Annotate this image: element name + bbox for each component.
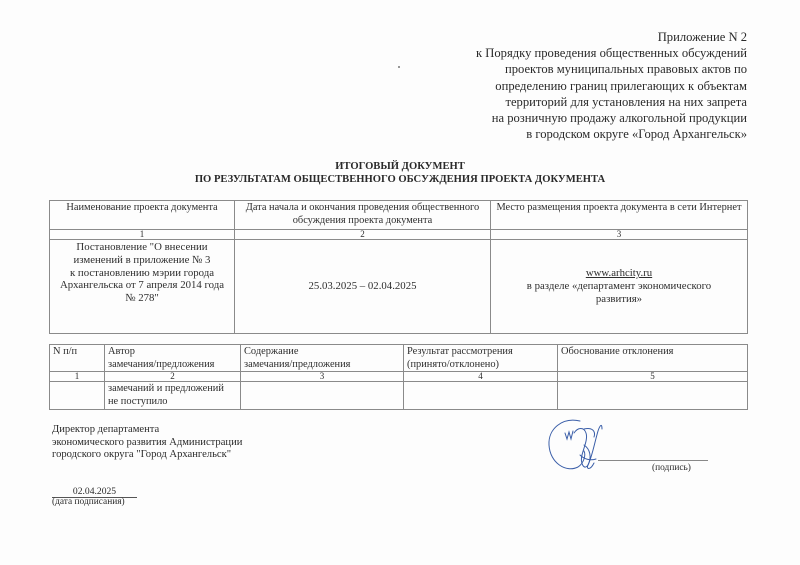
header-line: N п/п (53, 346, 101, 359)
result-cell (404, 382, 558, 410)
document-title: ИТОГОВЫЙ ДОКУМЕНТ ПО РЕЗУЛЬТАТАМ ОБЩЕСТВ… (0, 160, 800, 186)
project-name-line: № 278" (53, 292, 231, 305)
project-name-line: изменений в приложение № 3 (53, 254, 231, 267)
appendix-line: проектов муниципальных правовых актов по (387, 61, 747, 77)
section-line: в разделе «департамент экономического (494, 280, 744, 293)
comments-table: N п/п Автор замечания/предложения Содерж… (49, 344, 748, 410)
title-line-2: ПО РЕЗУЛЬТАТАМ ОБЩЕСТВЕННОГО ОБСУЖДЕНИЯ … (0, 173, 800, 186)
header-discussion-dates: Дата начала и окончания проведения общес… (235, 201, 491, 230)
header-author: Автор замечания/предложения (105, 345, 241, 372)
appendix-line: к Порядку проведения общественных обсужд… (387, 45, 747, 61)
signatory-line: городского округа "Город Архангельск" (52, 449, 242, 462)
column-number: 1 (50, 230, 235, 240)
header-project-name: Наименование проекта документа (50, 201, 235, 230)
column-number: 1 (50, 372, 105, 382)
discussion-dates-cell: 25.03.2025 – 02.04.2025 (235, 240, 491, 334)
internet-location-cell: www.arhcity.ru в разделе «департамент эк… (491, 240, 748, 334)
row-number-cell (50, 382, 105, 410)
column-number: 5 (558, 372, 748, 382)
column-number: 3 (241, 372, 404, 382)
project-name-line: Постановление "О внесении (53, 241, 231, 254)
appendix-line: Приложение N 2 (387, 29, 747, 45)
header-row-number: N п/п (50, 345, 105, 372)
scan-speck (398, 66, 400, 68)
section-line: развития» (494, 293, 744, 306)
header-internet-location: Место размещения проекта документа в сет… (491, 201, 748, 230)
project-name-line: Архангельска от 7 апреля 2014 года (53, 279, 231, 292)
title-line-1: ИТОГОВЫЙ ДОКУМЕНТ (0, 160, 800, 173)
project-table-numbering: 1 2 3 (50, 230, 748, 240)
signatory-line: Директор департамента (52, 424, 242, 437)
website-link[interactable]: www.arhcity.ru (494, 267, 744, 280)
header-line: Обоснование отклонения (561, 346, 744, 359)
header-content: Содержание замечания/предложения (241, 345, 404, 372)
signing-date-caption: (дата подписания) (52, 497, 125, 508)
signature-caption: (подпись) (652, 463, 691, 473)
project-table: Наименование проекта документа Дата нача… (49, 200, 748, 334)
header-line: замечания/предложения (244, 359, 400, 372)
project-name-cell: Постановление "О внесении изменений в пр… (50, 240, 235, 334)
header-line: Автор (108, 346, 237, 359)
project-table-header: Наименование проекта документа Дата нача… (50, 201, 748, 230)
appendix-line: определению границ прилегающих к объекта… (387, 78, 747, 94)
content-cell (241, 382, 404, 410)
header-rejection-reason: Обоснование отклонения (558, 345, 748, 372)
column-number: 2 (105, 372, 241, 382)
column-number: 2 (235, 230, 491, 240)
appendix-line: территорий для установления на них запре… (387, 94, 747, 110)
appendix-line: в городском округе «Город Архангельск» (387, 126, 747, 142)
author-line: замечаний и предложений (108, 383, 237, 396)
appendix-line: на розничную продажу алкогольной продукц… (387, 110, 747, 126)
comments-table-row: замечаний и предложений не поступило (50, 382, 748, 410)
project-table-row: Постановление "О внесении изменений в пр… (50, 240, 748, 334)
signatory-line: экономического развития Администрации (52, 437, 242, 450)
rejection-reason-cell (558, 382, 748, 410)
comments-table-numbering: 1 2 3 4 5 (50, 372, 748, 382)
handwritten-signature (540, 415, 630, 477)
column-number: 3 (491, 230, 748, 240)
signatory-block: Директор департамента экономического раз… (52, 424, 242, 462)
header-line: Результат рассмотрения (407, 346, 554, 359)
author-line: не поступило (108, 396, 237, 409)
signature-line (598, 460, 708, 461)
header-result: Результат рассмотрения (принято/отклонен… (404, 345, 558, 372)
header-line: замечания/предложения (108, 359, 237, 372)
project-name-line: к постановлению мэрии города (53, 267, 231, 280)
appendix-header: Приложение N 2 к Порядку проведения обще… (387, 29, 747, 142)
author-cell: замечаний и предложений не поступило (105, 382, 241, 410)
header-line: Содержание (244, 346, 400, 359)
header-line: (принято/отклонено) (407, 359, 554, 372)
column-number: 4 (404, 372, 558, 382)
comments-table-header: N п/п Автор замечания/предложения Содерж… (50, 345, 748, 372)
